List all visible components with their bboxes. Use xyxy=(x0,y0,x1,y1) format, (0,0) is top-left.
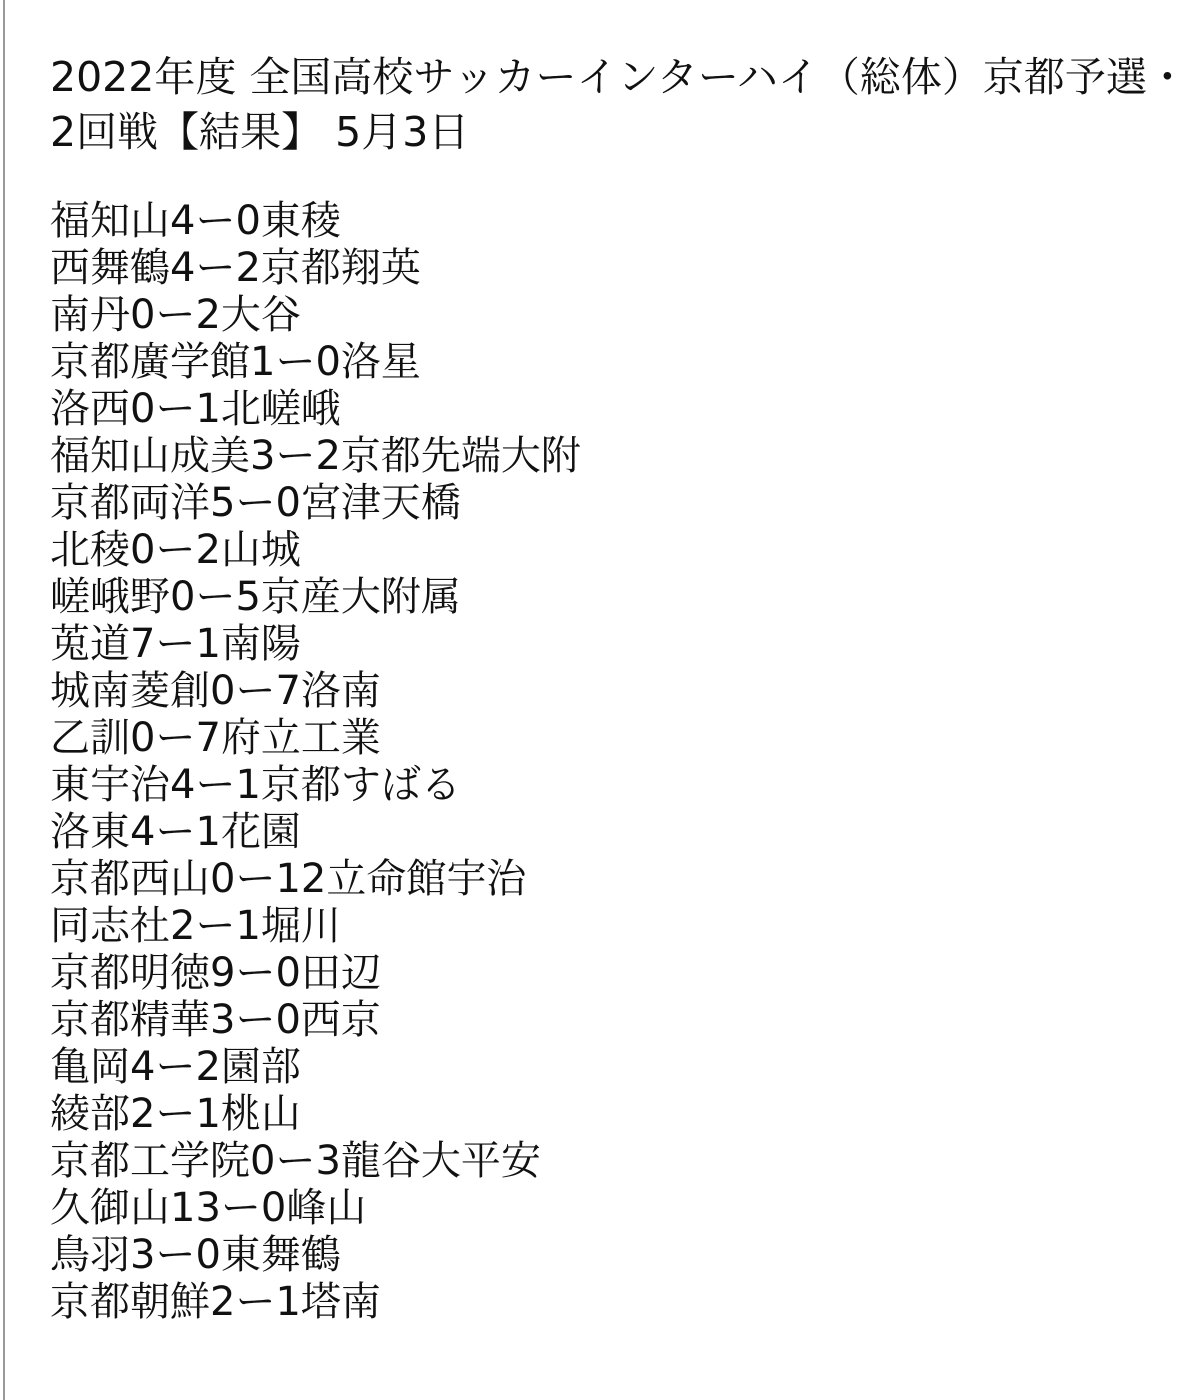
home-team-name: 福知山成美 xyxy=(50,433,250,479)
away-team-name: 宮津天橋 xyxy=(301,480,461,526)
match-result-line: 洛西0ー1北嵯峨 xyxy=(50,386,1175,433)
home-team-name: 北稜 xyxy=(50,527,130,573)
home-team-name: 京都廣学館 xyxy=(50,339,250,385)
away-team-name: 大谷 xyxy=(221,292,301,338)
away-team-name: 山城 xyxy=(221,527,301,573)
home-team-name: 綾部 xyxy=(50,1091,130,1137)
home-team-score: 9 xyxy=(210,950,235,996)
home-team-score: 4 xyxy=(170,762,195,808)
home-team-score: 3 xyxy=(210,997,235,1043)
home-team-name: 南丹 xyxy=(50,292,130,338)
away-team-score: 1 xyxy=(235,762,260,808)
score-separator: ー xyxy=(235,480,275,526)
score-separator: ー xyxy=(155,1091,195,1137)
home-team-score: 0 xyxy=(210,668,235,714)
away-team-name: 花園 xyxy=(221,809,301,855)
home-team-name: 福知山 xyxy=(50,198,170,244)
away-team-score: 2 xyxy=(315,433,340,479)
score-separator: ー xyxy=(275,339,315,385)
score-separator: ー xyxy=(155,292,195,338)
score-separator: ー xyxy=(155,1232,195,1278)
away-team-score: 0 xyxy=(275,950,300,996)
match-result-line: 久御山13ー0峰山 xyxy=(50,1185,1175,1232)
match-result-line: 京都廣学館1ー0洛星 xyxy=(50,339,1175,386)
match-result-line: 京都明徳9ー0田辺 xyxy=(50,950,1175,997)
home-team-name: 西舞鶴 xyxy=(50,245,170,291)
home-team-name: 京都工学院 xyxy=(50,1138,250,1184)
page-title: 2022年度 全国高校サッカーインターハイ（総体）京都予選・2回戦【結果】 5月… xyxy=(50,50,1175,160)
home-team-score: 4 xyxy=(170,245,195,291)
home-team-score: 2 xyxy=(170,903,195,949)
away-team-name: 峰山 xyxy=(286,1185,366,1231)
match-result-line: 同志社2ー1堀川 xyxy=(50,903,1175,950)
away-team-score: 1 xyxy=(195,1091,220,1137)
home-team-score: 3 xyxy=(130,1232,155,1278)
away-team-score: 2 xyxy=(195,527,220,573)
home-team-score: 4 xyxy=(130,809,155,855)
home-team-score: 0 xyxy=(130,715,155,761)
away-team-score: 0 xyxy=(235,198,260,244)
away-team-name: 京都先端大附 xyxy=(341,433,581,479)
match-result-line: 京都西山0ー12立命館宇治 xyxy=(50,856,1175,903)
away-team-name: 立命館宇治 xyxy=(326,856,526,902)
home-team-name: 亀岡 xyxy=(50,1044,130,1090)
match-result-line: 福知山4ー0東稜 xyxy=(50,198,1175,245)
score-separator: ー xyxy=(195,762,235,808)
away-team-name: 西京 xyxy=(301,997,381,1043)
home-team-name: 鳥羽 xyxy=(50,1232,130,1278)
score-separator: ー xyxy=(221,1185,261,1231)
score-separator: ー xyxy=(155,386,195,432)
home-team-score: 0 xyxy=(130,527,155,573)
home-team-name: 洛西 xyxy=(50,386,130,432)
match-result-line: 莵道7ー1南陽 xyxy=(50,621,1175,668)
away-team-name: 東稜 xyxy=(261,198,341,244)
home-team-name: 乙訓 xyxy=(50,715,130,761)
results-list: 福知山4ー0東稜西舞鶴4ー2京都翔英南丹0ー2大谷京都廣学館1ー0洛星洛西0ー1… xyxy=(50,198,1175,1326)
match-result-line: 京都工学院0ー3龍谷大平安 xyxy=(50,1138,1175,1185)
away-team-score: 0 xyxy=(275,997,300,1043)
away-team-score: 1 xyxy=(195,621,220,667)
away-team-score: 2 xyxy=(235,245,260,291)
away-team-score: 1 xyxy=(195,386,220,432)
away-team-name: 東舞鶴 xyxy=(221,1232,341,1278)
away-team-score: 1 xyxy=(235,903,260,949)
away-team-score: 0 xyxy=(315,339,340,385)
home-team-score: 4 xyxy=(170,198,195,244)
left-edge-line xyxy=(3,0,5,1400)
match-result-line: 京都両洋5ー0宮津天橋 xyxy=(50,480,1175,527)
score-separator: ー xyxy=(155,1044,195,1090)
away-team-name: 京都翔英 xyxy=(261,245,421,291)
score-separator: ー xyxy=(195,574,235,620)
match-result-line: 福知山成美3ー2京都先端大附 xyxy=(50,433,1175,480)
home-team-score: 0 xyxy=(250,1138,275,1184)
away-team-score: 5 xyxy=(235,574,260,620)
away-team-name: 洛星 xyxy=(341,339,421,385)
score-separator: ー xyxy=(235,856,275,902)
home-team-name: 東宇治 xyxy=(50,762,170,808)
away-team-name: 園部 xyxy=(221,1044,301,1090)
match-result-line: 西舞鶴4ー2京都翔英 xyxy=(50,245,1175,292)
away-team-name: 塔南 xyxy=(301,1279,381,1325)
title-line-2: 2回戦【結果】 5月3日 xyxy=(50,108,469,156)
home-team-name: 京都両洋 xyxy=(50,480,210,526)
home-team-score: 4 xyxy=(130,1044,155,1090)
score-separator: ー xyxy=(155,621,195,667)
match-result-line: 城南菱創0ー7洛南 xyxy=(50,668,1175,715)
home-team-name: 京都精華 xyxy=(50,997,210,1043)
away-team-name: 洛南 xyxy=(301,668,381,714)
title-line-1: 2022年度 全国高校サッカーインターハイ（総体）京都予選・ xyxy=(50,53,1188,101)
away-team-score: 2 xyxy=(195,1044,220,1090)
score-separator: ー xyxy=(275,1138,315,1184)
away-team-name: 田辺 xyxy=(301,950,381,996)
away-team-score: 3 xyxy=(315,1138,340,1184)
home-team-score: 2 xyxy=(130,1091,155,1137)
away-team-score: 7 xyxy=(195,715,220,761)
score-separator: ー xyxy=(195,245,235,291)
away-team-name: 龍谷大平安 xyxy=(341,1138,541,1184)
score-separator: ー xyxy=(235,950,275,996)
score-separator: ー xyxy=(155,527,195,573)
match-result-line: 嵯峨野0ー5京産大附属 xyxy=(50,574,1175,621)
match-result-line: 亀岡4ー2園部 xyxy=(50,1044,1175,1091)
match-result-line: 京都朝鮮2ー1塔南 xyxy=(50,1279,1175,1326)
score-separator: ー xyxy=(235,1279,275,1325)
home-team-name: 莵道 xyxy=(50,621,130,667)
home-team-name: 洛東 xyxy=(50,809,130,855)
away-team-name: 京都すばる xyxy=(261,762,461,808)
match-result-line: 北稜0ー2山城 xyxy=(50,527,1175,574)
match-result-line: 鳥羽3ー0東舞鶴 xyxy=(50,1232,1175,1279)
article-content: 2022年度 全国高校サッカーインターハイ（総体）京都予選・2回戦【結果】 5月… xyxy=(50,50,1175,1326)
match-result-line: 東宇治4ー1京都すばる xyxy=(50,762,1175,809)
score-separator: ー xyxy=(195,903,235,949)
score-separator: ー xyxy=(275,433,315,479)
score-separator: ー xyxy=(155,715,195,761)
away-team-name: 京産大附属 xyxy=(261,574,461,620)
score-separator: ー xyxy=(235,997,275,1043)
score-separator: ー xyxy=(195,198,235,244)
home-team-score: 5 xyxy=(210,480,235,526)
away-team-score: 0 xyxy=(261,1185,286,1231)
home-team-name: 城南菱創 xyxy=(50,668,210,714)
away-team-score: 1 xyxy=(195,809,220,855)
home-team-score: 7 xyxy=(130,621,155,667)
match-result-line: 乙訓0ー7府立工業 xyxy=(50,715,1175,762)
away-team-name: 桃山 xyxy=(221,1091,301,1137)
home-team-score: 0 xyxy=(130,292,155,338)
away-team-name: 南陽 xyxy=(221,621,301,667)
away-team-score: 1 xyxy=(275,1279,300,1325)
match-result-line: 京都精華3ー0西京 xyxy=(50,997,1175,1044)
match-result-line: 洛東4ー1花園 xyxy=(50,809,1175,856)
score-separator: ー xyxy=(235,668,275,714)
away-team-name: 府立工業 xyxy=(221,715,381,761)
away-team-score: 12 xyxy=(275,856,326,902)
home-team-name: 嵯峨野 xyxy=(50,574,170,620)
match-result-line: 南丹0ー2大谷 xyxy=(50,292,1175,339)
home-team-name: 同志社 xyxy=(50,903,170,949)
away-team-score: 7 xyxy=(275,668,300,714)
home-team-name: 久御山 xyxy=(50,1185,170,1231)
home-team-name: 京都西山 xyxy=(50,856,210,902)
score-separator: ー xyxy=(155,809,195,855)
match-result-line: 綾部2ー1桃山 xyxy=(50,1091,1175,1138)
home-team-score: 13 xyxy=(170,1185,221,1231)
home-team-score: 0 xyxy=(170,574,195,620)
away-team-score: 2 xyxy=(195,292,220,338)
home-team-score: 0 xyxy=(210,856,235,902)
home-team-score: 2 xyxy=(210,1279,235,1325)
home-team-score: 3 xyxy=(250,433,275,479)
away-team-name: 堀川 xyxy=(261,903,341,949)
home-team-score: 1 xyxy=(250,339,275,385)
home-team-score: 0 xyxy=(130,386,155,432)
away-team-name: 北嵯峨 xyxy=(221,386,341,432)
away-team-score: 0 xyxy=(275,480,300,526)
home-team-name: 京都朝鮮 xyxy=(50,1279,210,1325)
away-team-score: 0 xyxy=(195,1232,220,1278)
home-team-name: 京都明徳 xyxy=(50,950,210,996)
